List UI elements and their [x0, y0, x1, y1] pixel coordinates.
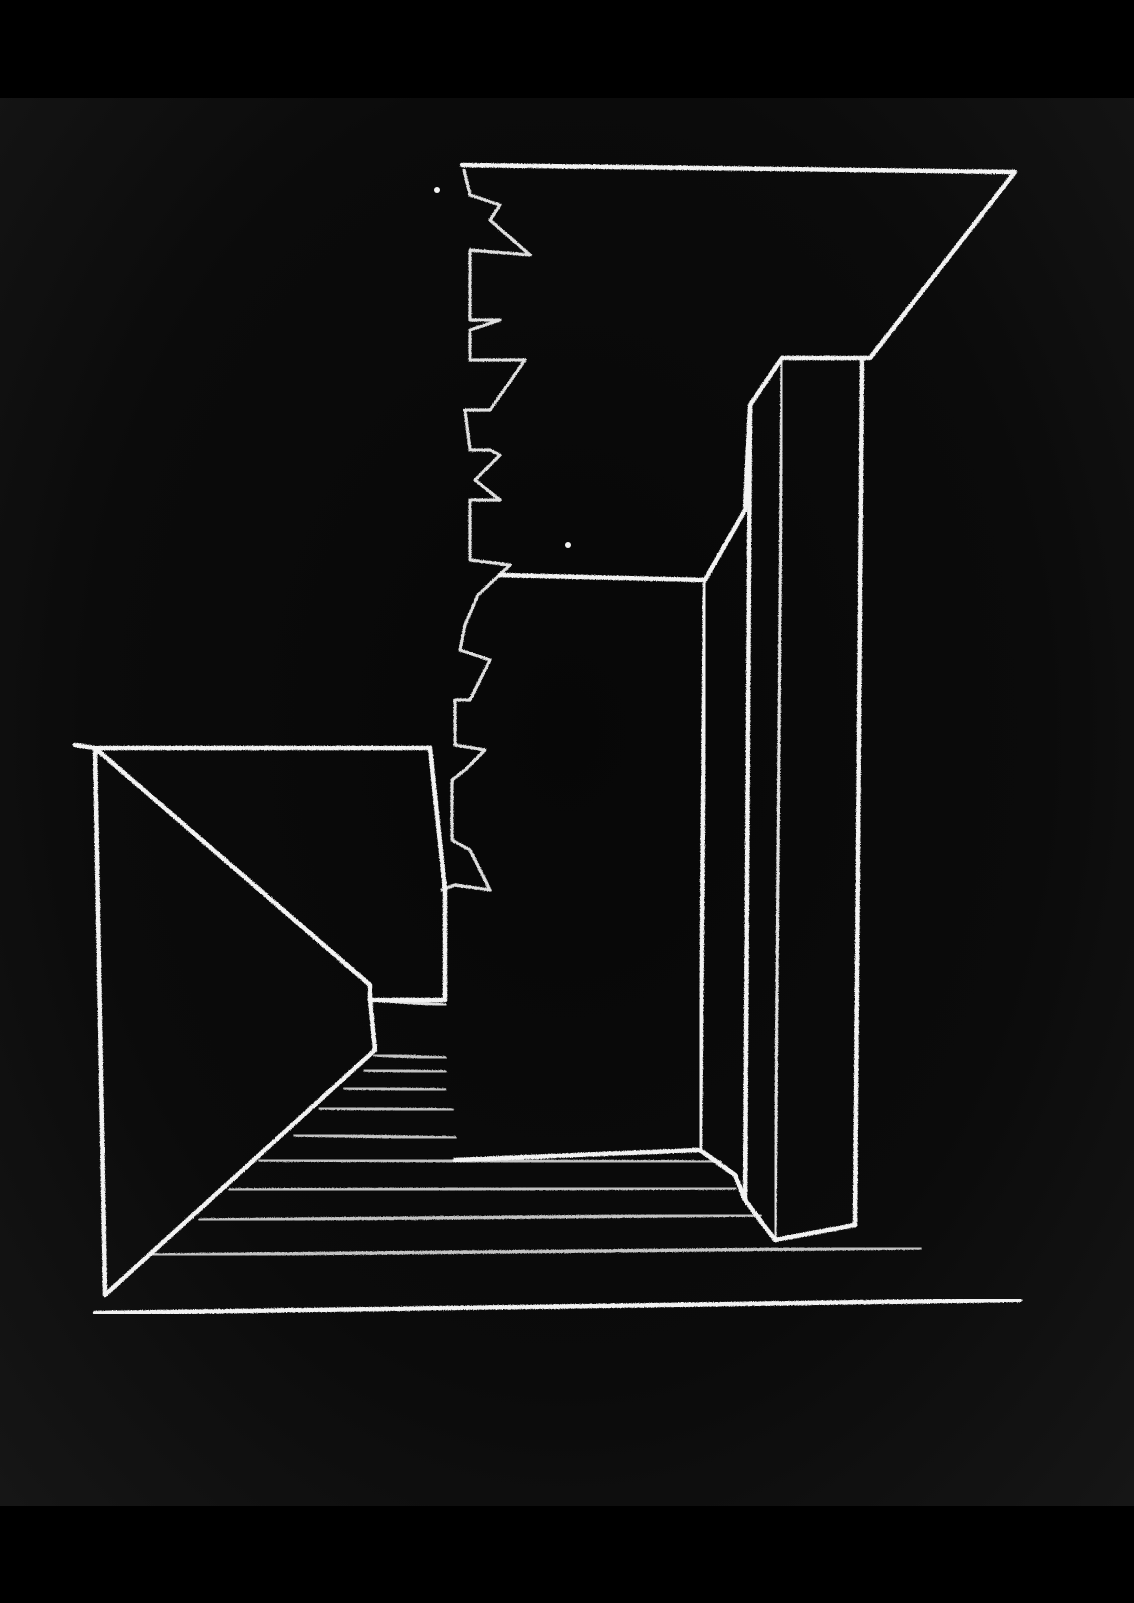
- stair-step: [200, 1215, 760, 1220]
- bottom-letterbox: [0, 1506, 1134, 1603]
- left-wall-outline: [75, 745, 445, 1000]
- stair-step: [150, 1248, 920, 1255]
- pillar-outline: [745, 358, 862, 1240]
- chalk-dot: [434, 187, 440, 193]
- stair-step: [375, 1055, 445, 1058]
- pillar-edge: [775, 358, 782, 1240]
- doorway-threshold: [455, 1150, 745, 1200]
- sketch-strokes: [75, 165, 1020, 1313]
- ground-line: [95, 1300, 1020, 1313]
- stair-step: [320, 1108, 452, 1110]
- left-wall-front: [95, 748, 375, 1295]
- chalk-dot: [565, 542, 571, 548]
- lintel-line: [500, 405, 750, 580]
- stair-step: [295, 1135, 455, 1138]
- stair-step: [260, 1160, 720, 1162]
- stair-step: [345, 1088, 445, 1090]
- ceiling-outline: [462, 165, 1015, 358]
- chalk-sketch: [0, 0, 1134, 1603]
- stair-step: [365, 1070, 445, 1072]
- doorway-right-edge: [700, 580, 705, 1150]
- stair-step: [230, 1188, 735, 1190]
- stepped-wall: [442, 170, 530, 890]
